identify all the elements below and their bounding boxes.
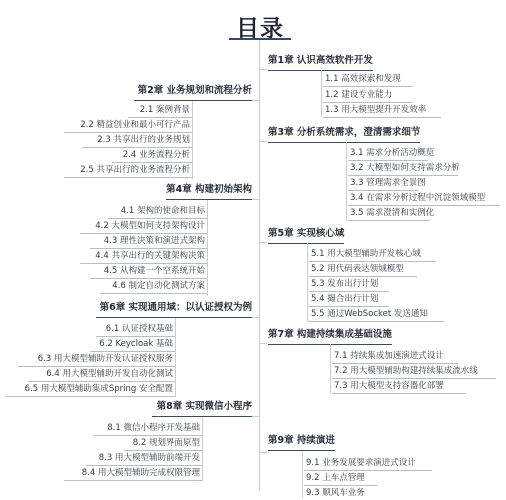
- chapter-item[interactable]: 6.5 用大模型辅助集成Spring 安全配置: [6, 382, 175, 396]
- chapter-item[interactable]: 3.1 需求分析活动概览: [348, 146, 428, 160]
- chapter-item[interactable]: 4.6 制定自动化测试方案: [100, 279, 207, 293]
- branch-line: [321, 70, 322, 117]
- branch-line: [302, 452, 303, 498]
- chapter-item[interactable]: 2.4 业务流程分析: [112, 148, 192, 162]
- chapter-item[interactable]: 6.3 用大模型辅助开发认证授权服务: [18, 352, 175, 366]
- chapter-item[interactable]: 7.1 持续集成加速演进式设计: [332, 349, 458, 363]
- branch-line: [330, 344, 331, 393]
- chapter-item[interactable]: 9.2 上车点管理: [304, 471, 378, 485]
- chapter-item[interactable]: 1.3 用大模型提升开发效率: [323, 103, 441, 117]
- chapter-3-heading[interactable]: 第3章 分析系统需求，澄清需求细节: [268, 126, 420, 140]
- chapter-item[interactable]: 2.3 共享出行的业务规划: [82, 133, 192, 147]
- chapter-item[interactable]: 5.1 用大模型辅助开发核心域: [309, 247, 436, 261]
- chapter-item[interactable]: 9.1 业务发展要求演进式设计: [304, 456, 432, 470]
- chapter-item[interactable]: 5.5 通过WebSocket 发送通知: [309, 307, 444, 321]
- connector: [259, 452, 267, 453]
- chapter-6-heading[interactable]: 第6章 实现通用域：以认证授权为例: [96, 301, 252, 315]
- chapter-item[interactable]: 3.5 需求澄清和实例化: [348, 206, 430, 220]
- chapter-item[interactable]: 8.4 用大模型辅助完成权限管理: [64, 466, 202, 480]
- chapter-2-heading[interactable]: 第2章 业务规划和流程分析: [134, 84, 252, 98]
- chapter-item[interactable]: 2.2 精益创业和最小可行产品: [64, 118, 192, 132]
- chapter-item[interactable]: 8.1 微信小程序开发基础: [94, 421, 202, 435]
- chapter-1-heading[interactable]: 第1章 认识高效软件开发: [268, 54, 373, 68]
- chapter-item[interactable]: 3.3 管理需求全景图: [348, 176, 418, 190]
- chapter-item[interactable]: 8.3 用大模型辅助前端开发: [86, 451, 202, 465]
- chapter-item[interactable]: 2.5 共享出行的业务流程分析: [64, 163, 192, 177]
- connector: [259, 141, 267, 142]
- chapter-item[interactable]: 4.2 大模型如何支持架构设计: [80, 219, 207, 233]
- chapter-item[interactable]: 6.4 用大模型辅助开发自动化测试: [28, 367, 175, 381]
- chapter-item[interactable]: 3.4 在需求分析过程中沉淀领域模型: [348, 191, 500, 205]
- branch-line: [307, 243, 308, 322]
- main-spine: [259, 40, 260, 490]
- connector: [252, 199, 259, 200]
- chapter-item[interactable]: 5.4 撮合出行计划: [309, 292, 389, 306]
- branch-line: [207, 200, 208, 296]
- chapter-item[interactable]: 4.5 从构建一个空系统开始: [90, 264, 207, 278]
- chapter-7-heading[interactable]: 第7章 构建持续集成基础设施: [268, 328, 392, 342]
- chapter-item[interactable]: 1.1 高效探索和发现: [323, 72, 413, 86]
- chapter-item[interactable]: 8.2 规划界面原型: [124, 436, 202, 450]
- chapter-item[interactable]: 5.2 用代码表达领域模型: [309, 262, 417, 276]
- chapter-item[interactable]: 6.1 认证授权基础: [96, 322, 175, 336]
- chapter-9-heading[interactable]: 第9章 持续演进: [268, 434, 335, 448]
- chapter-item[interactable]: 2.1 案例背景: [128, 103, 192, 117]
- chapter-item[interactable]: 4.1 架构的使命和目标: [108, 204, 207, 218]
- connector: [259, 343, 267, 344]
- chapter-item[interactable]: 5.3 发布出行计划: [309, 277, 389, 291]
- chapter-item[interactable]: 4.4 共享出行的关键架构决策: [80, 249, 207, 263]
- branch-line: [175, 318, 176, 397]
- branch-line: [202, 417, 203, 481]
- chapter-item[interactable]: 3.2 大模型如何支持需求分析: [348, 161, 458, 175]
- connector: [259, 242, 267, 243]
- connector: [252, 317, 259, 318]
- chapter-item[interactable]: 4.3 理性决策和演进式架构: [90, 234, 207, 248]
- connector: [259, 69, 267, 70]
- title-underline: [229, 38, 291, 40]
- connector: [252, 100, 259, 101]
- chapter-4-heading[interactable]: 第4章 构建初始架构: [166, 183, 252, 197]
- chapter-5-heading[interactable]: 第5章 实现核心域: [268, 227, 344, 241]
- chapter-item[interactable]: 7.2 用大模型辅助构建持续集成流水线: [332, 364, 496, 378]
- chapter-item[interactable]: 9.3 顺风车业务: [304, 486, 378, 500]
- chapter-8-heading[interactable]: 第8章 实现微信小程序: [152, 400, 252, 414]
- branch-line: [192, 101, 193, 179]
- connector: [252, 416, 259, 417]
- branch-line: [346, 142, 347, 221]
- chapter-item[interactable]: 1.2 建设专业能力: [323, 88, 413, 102]
- chapter-item[interactable]: 6.2 Keycloak 基础: [90, 337, 175, 351]
- chapter-item[interactable]: 7.3 用大模型支持容器化部署: [332, 379, 466, 393]
